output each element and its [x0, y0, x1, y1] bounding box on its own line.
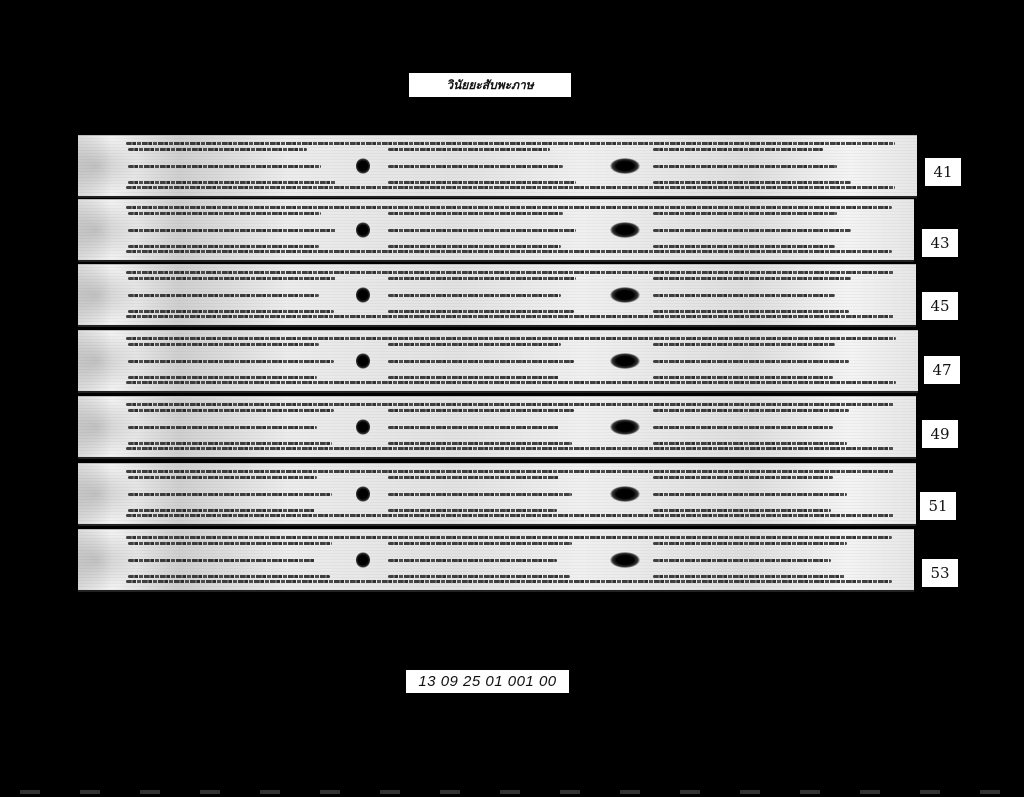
script-line	[128, 148, 307, 151]
script-line	[128, 165, 321, 168]
script-line	[388, 229, 576, 232]
script-line	[653, 148, 823, 151]
script-text-block	[388, 343, 578, 379]
script-text-block	[128, 409, 338, 445]
script-line	[653, 442, 847, 445]
script-line	[388, 294, 561, 297]
binding-hole	[610, 222, 640, 238]
script-line	[126, 447, 894, 450]
script-line	[388, 493, 572, 496]
script-text-block	[128, 277, 338, 313]
script-line	[128, 376, 317, 379]
page-number-label: 51	[920, 492, 956, 520]
script-line	[653, 575, 845, 578]
script-text-block	[128, 343, 338, 379]
script-line	[128, 310, 334, 313]
script-line	[126, 337, 896, 340]
script-line	[388, 509, 557, 512]
script-line	[653, 476, 833, 479]
script-line	[653, 559, 831, 562]
script-line	[388, 181, 576, 184]
binding-hole	[356, 222, 370, 238]
binding-hole	[610, 419, 640, 435]
manuscript-title-label: วินัยยะสับพะภาษ	[409, 73, 571, 97]
script-line	[128, 294, 319, 297]
script-text-block	[388, 542, 578, 578]
script-line	[126, 381, 896, 384]
palm-leaf-page	[78, 135, 917, 198]
script-line	[388, 277, 576, 280]
script-line	[388, 245, 561, 248]
script-line	[388, 476, 559, 479]
script-text-block	[128, 476, 338, 512]
palm-leaf-page	[78, 330, 918, 393]
script-line	[653, 343, 835, 346]
script-line	[388, 376, 559, 379]
script-line	[653, 409, 849, 412]
script-line	[128, 245, 319, 248]
script-text-block	[653, 148, 853, 184]
script-line	[388, 559, 557, 562]
script-line	[128, 181, 336, 184]
script-line	[388, 575, 570, 578]
binding-hole	[610, 552, 640, 568]
binding-hole	[356, 287, 370, 303]
script-line	[128, 229, 336, 232]
palm-leaf-page	[78, 199, 914, 262]
script-text-block	[653, 409, 853, 445]
binding-hole	[356, 486, 370, 502]
script-line	[653, 493, 847, 496]
catalog-code-text: 13 09 25 01 001 00	[418, 673, 556, 690]
script-line	[653, 212, 837, 215]
script-line	[388, 409, 574, 412]
script-line	[126, 271, 894, 274]
script-text-block	[388, 212, 578, 248]
script-line	[126, 250, 892, 253]
script-line	[653, 360, 849, 363]
script-line	[128, 575, 330, 578]
script-line	[653, 376, 833, 379]
script-line	[653, 181, 851, 184]
script-line	[653, 426, 833, 429]
script-text-block	[653, 212, 853, 248]
binding-hole	[610, 287, 640, 303]
page-number-label: 49	[922, 420, 958, 448]
page-number-label: 43	[922, 229, 958, 257]
palm-leaf-page	[78, 529, 914, 592]
script-text-block	[128, 212, 338, 248]
script-text-block	[388, 148, 578, 184]
script-line	[388, 542, 572, 545]
script-line	[128, 442, 332, 445]
page-number-label: 41	[925, 158, 961, 186]
script-line	[126, 186, 895, 189]
script-text-block	[388, 277, 578, 313]
script-text-block	[128, 542, 338, 578]
binding-hole	[356, 552, 370, 568]
script-line	[653, 245, 835, 248]
palm-leaf-page	[78, 264, 916, 327]
script-line	[126, 142, 895, 145]
script-line	[126, 315, 894, 318]
script-text-block	[388, 409, 578, 445]
script-line	[653, 229, 851, 232]
palm-leaf-page	[78, 463, 916, 526]
script-line	[128, 542, 332, 545]
script-line	[653, 277, 851, 280]
script-line	[388, 212, 563, 215]
script-line	[388, 148, 550, 151]
script-line	[128, 509, 315, 512]
script-line	[126, 580, 892, 583]
script-line	[128, 409, 334, 412]
script-text-block	[653, 542, 853, 578]
script-line	[128, 277, 336, 280]
script-text-block	[653, 476, 853, 512]
script-line	[128, 360, 334, 363]
script-line	[128, 476, 317, 479]
script-line	[653, 165, 837, 168]
script-line	[388, 343, 561, 346]
script-line	[128, 426, 317, 429]
script-text-block	[653, 343, 853, 379]
script-line	[653, 310, 849, 313]
binding-hole	[356, 353, 370, 369]
film-edge-strip	[0, 790, 1024, 794]
script-line	[388, 442, 572, 445]
script-line	[128, 343, 319, 346]
script-line	[126, 206, 892, 209]
script-line	[653, 294, 835, 297]
script-line	[128, 559, 315, 562]
script-line	[388, 360, 574, 363]
script-line	[126, 514, 894, 517]
script-line	[653, 509, 831, 512]
script-line	[388, 426, 559, 429]
script-line	[126, 536, 892, 539]
script-text-block	[128, 148, 338, 184]
script-line	[653, 542, 847, 545]
page-number-label: 53	[922, 559, 958, 587]
page-number-label: 45	[922, 292, 958, 320]
script-line	[126, 403, 894, 406]
binding-hole	[356, 419, 370, 435]
script-line	[126, 470, 894, 473]
page-number-label: 47	[924, 356, 960, 384]
binding-hole	[610, 158, 640, 174]
script-text-block	[388, 476, 578, 512]
binding-hole	[610, 486, 640, 502]
script-line	[128, 212, 321, 215]
catalog-code-label: 13 09 25 01 001 00	[406, 670, 569, 693]
script-line	[388, 310, 574, 313]
binding-hole	[356, 158, 370, 174]
script-text-block	[653, 277, 853, 313]
script-line	[388, 165, 563, 168]
manuscript-title-text: วินัยยะสับพะภาษ	[446, 76, 533, 95]
binding-hole	[610, 353, 640, 369]
script-line	[128, 493, 332, 496]
palm-leaf-page	[78, 396, 916, 459]
